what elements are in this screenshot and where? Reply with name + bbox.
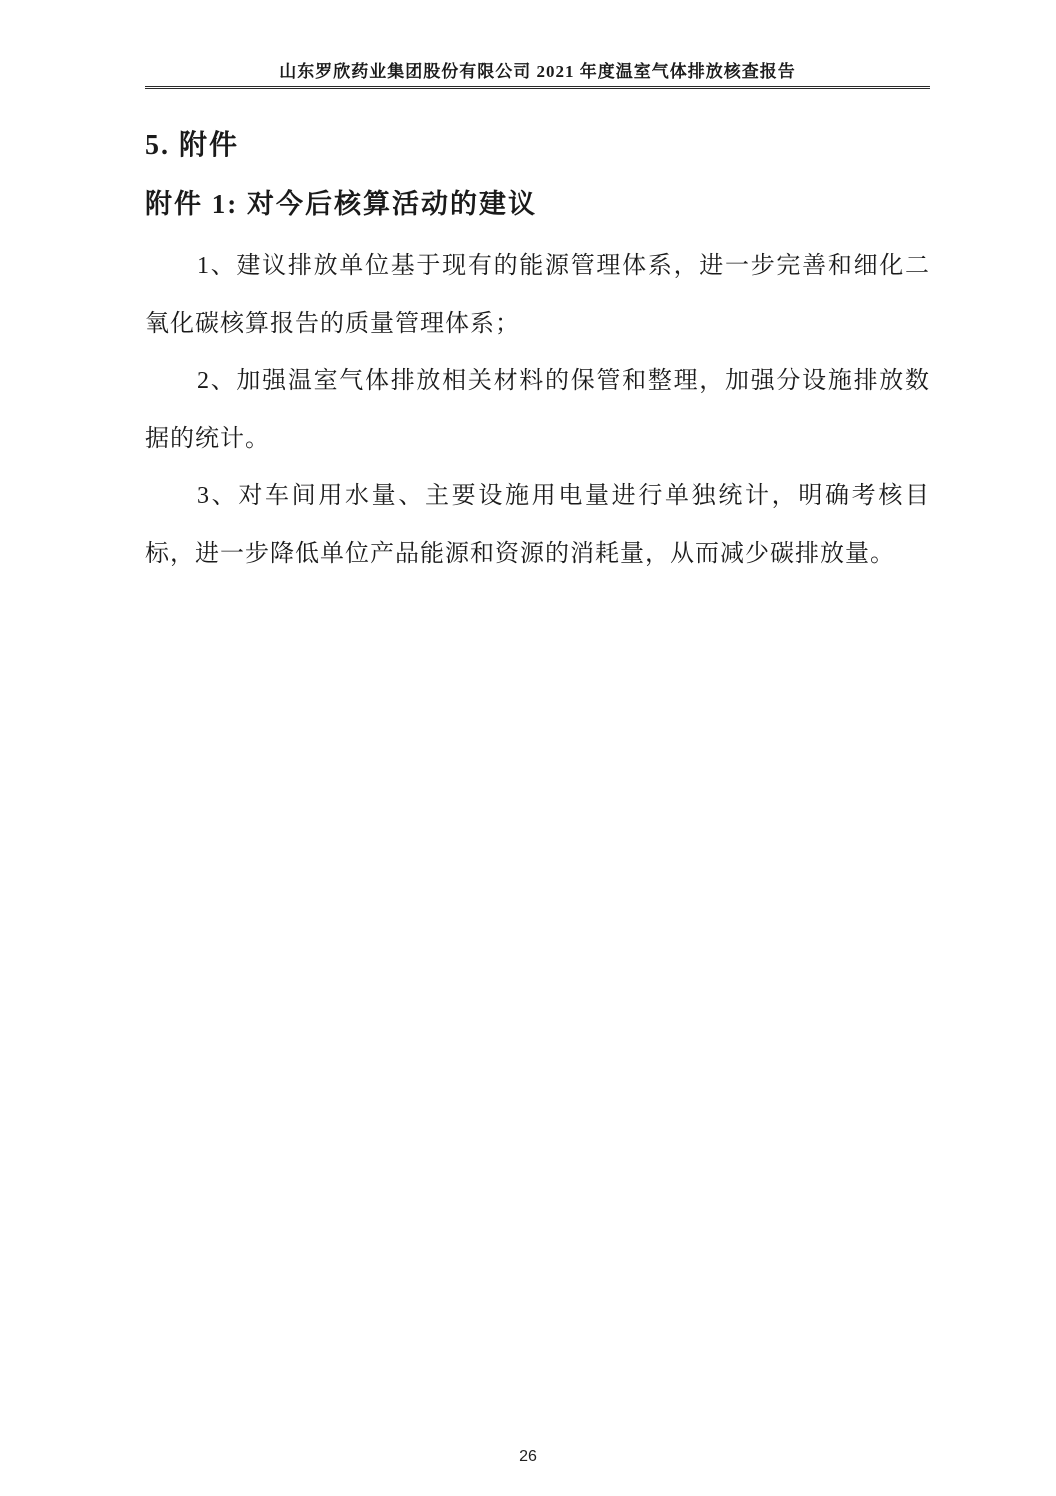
attachment-heading: 附件 1: 对今后核算活动的建议 (145, 189, 537, 220)
report-page: 山东罗欣药业集团股份有限公司 2021 年度温室气体排放核查报告 5. 附件 附… (0, 0, 1056, 1496)
header-title: 山东罗欣药业集团股份有限公司 2021 年度温室气体排放核查报告 (279, 57, 796, 86)
page-number: 26 (519, 1448, 537, 1465)
section-heading: 5. 附件 (145, 130, 239, 162)
suggestion-paragraph-2: 2、加强温室气体排放相关材料的保管和整理，加强分设施排放数据的统计。 (145, 353, 930, 468)
page-footer: 26 (0, 1448, 1056, 1466)
suggestion-paragraph-3: 3、对车间用水量、主要设施用电量进行单独统计，明确考核目标，进一步降低单位产品能… (145, 468, 930, 583)
page-header: 山东罗欣药业集团股份有限公司 2021 年度温室气体排放核查报告 (145, 0, 930, 89)
suggestion-paragraph-1: 1、建议排放单位基于现有的能源管理体系，进一步完善和细化二氧化碳核算报告的质量管… (145, 238, 930, 353)
document-body: 1、建议排放单位基于现有的能源管理体系，进一步完善和细化二氧化碳核算报告的质量管… (145, 238, 930, 583)
